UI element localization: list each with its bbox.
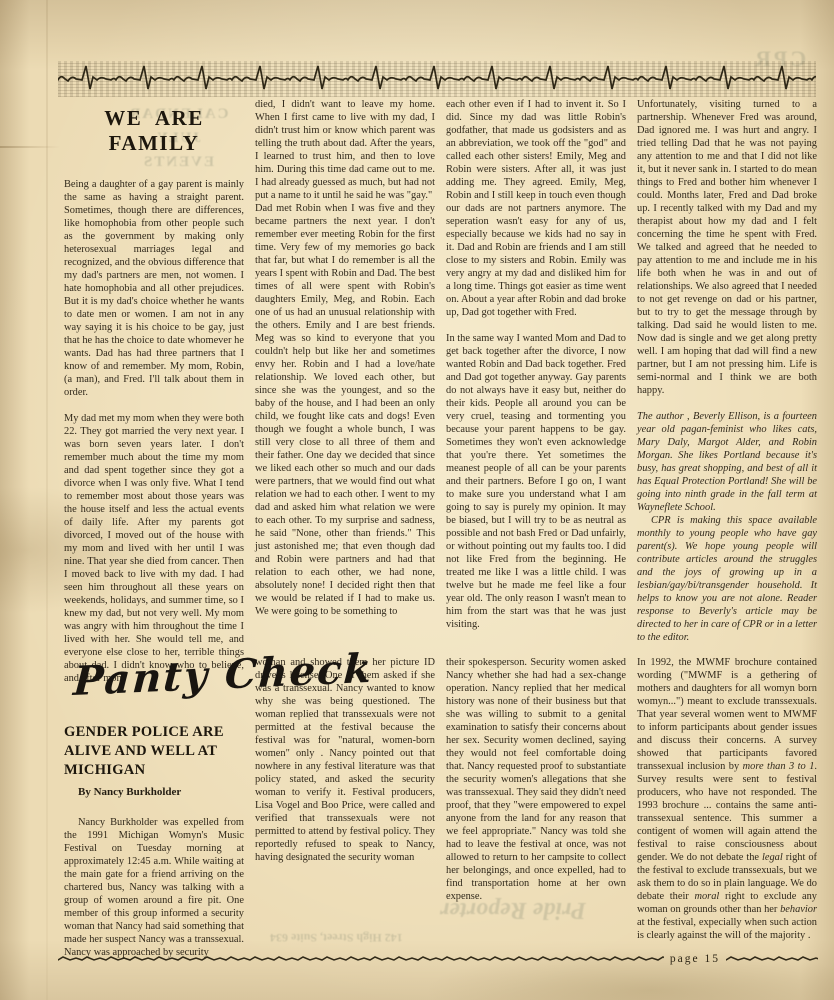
article2-column-4: In 1992, the MWMF brochure contained wor… [637,656,817,972]
scanned-newspaper-page: CALENDAR JULY EVENTS CPR Pride Reporter … [0,0,834,1000]
paragraph: each other even if I had to invent it. S… [446,98,626,319]
article1-column-2: died, I didn't want to leave my home. Wh… [255,98,435,698]
page-number: page 15 [664,953,726,965]
article2-byline: By Nancy Burkholder [78,786,244,798]
article2-subhead: GENDER POLICE ARE ALIVE AND WELL AT MICH… [64,723,244,780]
article1-column-1: WE ARE FAMILY Being a daughter of a gay … [64,98,244,698]
text-segment-italic: legal [762,852,783,863]
wavy-line-icon [726,953,818,965]
paragraph: My dad met my mom when they were both 22… [64,412,244,685]
article-panty-check: Panty Check GENDER POLICE ARE ALIVE AND … [64,656,818,972]
paper-crease [0,146,60,148]
paragraph: their spokesperson. Security women asked… [446,656,626,903]
ekg-border [58,61,816,97]
article2-column-3: their spokesperson. Security women asked… [446,656,626,972]
paragraph: Dad met Robin when I was five and they b… [255,202,435,618]
text-segment: . Survey results were sent to festival p… [637,761,817,863]
article-we-are-family: WE ARE FAMILY Being a daughter of a gay … [64,98,818,698]
article1-column-3: each other even if I had to invent it. S… [446,98,626,698]
article1-title: WE ARE FAMILY [64,106,244,156]
heartbeat-line-icon [58,61,816,97]
paragraph: died, I didn't want to leave my home. Wh… [255,98,435,202]
footer: page 15 [58,952,818,966]
paragraph: Being a daughter of a gay parent is main… [64,178,244,399]
paper-crease [46,0,48,1000]
text-segment: at the festival, expecially when such ac… [637,917,817,941]
text-segment-italic: behavior [780,904,817,915]
article2-script-headline: Panty Check [72,650,247,705]
editor-note: CPR is making this space available month… [637,514,817,644]
text-segment-italic: moral [694,891,719,902]
wavy-line-icon [58,953,664,965]
text-segment-italic: more than 3 to 1 [743,761,815,772]
paragraph: In 1992, the MWMF brochure contained wor… [637,656,817,942]
text-segment: In 1992, the MWMF brochure contained wor… [637,657,817,772]
paragraph: In the same way I wanted Mom and Dad to … [446,332,626,631]
article1-column-4: Unfortunately, visiting turned to a part… [637,98,817,698]
author-bio: The author , Beverly Ellison, is a fourt… [637,410,817,514]
article2-column-1: Panty Check GENDER POLICE ARE ALIVE AND … [64,656,244,972]
paragraph: Unfortunately, visiting turned to a part… [637,98,817,397]
paragraph: Nancy Burkholder was expelled from the 1… [64,816,244,959]
article2-column-2: woman and showed them her picture ID dri… [255,656,435,972]
